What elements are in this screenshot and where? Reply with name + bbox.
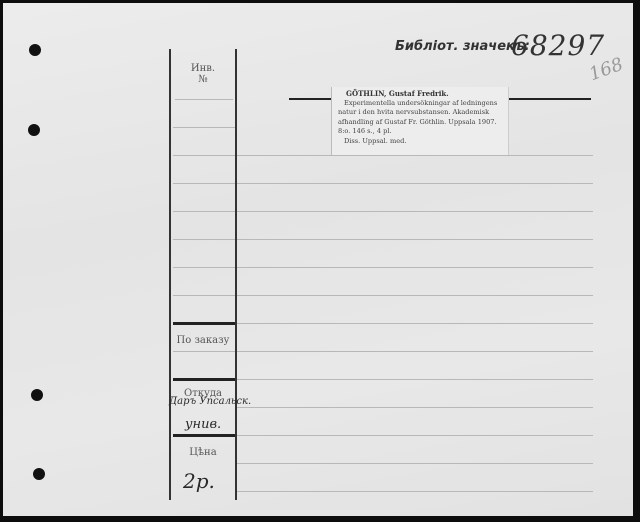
rule	[173, 211, 235, 212]
rule	[237, 491, 593, 492]
column-rule-right	[235, 49, 237, 500]
punch-hole	[28, 124, 40, 136]
rule	[173, 127, 235, 128]
order-label: По заказу	[171, 335, 235, 346]
rule	[237, 183, 593, 184]
rule	[237, 323, 593, 324]
rule	[237, 239, 593, 240]
bibliographic-description: Experimentella undersökningar af ledning…	[338, 99, 502, 137]
punch-hole	[29, 44, 41, 56]
rule	[237, 211, 593, 212]
library-code-label: Библіот. значекъ:	[395, 39, 530, 54]
rule	[173, 351, 235, 352]
punch-hole	[33, 468, 45, 480]
rule	[173, 295, 235, 296]
rule	[237, 295, 593, 296]
thick-rule	[173, 434, 235, 437]
punch-hole	[31, 389, 43, 401]
rule	[173, 239, 235, 240]
inventory-label: Инв. №	[171, 63, 235, 85]
library-code-number: 68297	[511, 29, 605, 62]
rule	[173, 155, 235, 156]
source-value: Даръ Упсальск.	[169, 396, 251, 407]
source-value-2: унив.	[185, 417, 221, 432]
rule	[237, 155, 593, 156]
bibliographic-clipping: GÖTHLIN, Gustaf Fredrik. Experimentella …	[331, 87, 509, 155]
thick-rule	[173, 322, 235, 325]
rule	[237, 463, 593, 464]
rule	[237, 407, 593, 408]
price-value: 2р.	[183, 469, 215, 493]
rule	[173, 183, 235, 184]
price-label: Цѣна	[171, 447, 235, 458]
rule	[237, 351, 593, 352]
rule	[237, 435, 593, 436]
author-name: GÖTHLIN, Gustaf Fredrik.	[346, 89, 502, 99]
rule	[237, 379, 593, 380]
rule	[175, 99, 233, 100]
rule	[173, 267, 235, 268]
column-rule-left	[169, 49, 171, 500]
catalog-card: Библіот. значекъ: 68297 168 Инв. № По за…	[3, 3, 633, 516]
dissertation-note: Diss. Uppsal. med.	[338, 137, 502, 147]
rule	[237, 267, 593, 268]
thick-rule	[173, 378, 235, 381]
